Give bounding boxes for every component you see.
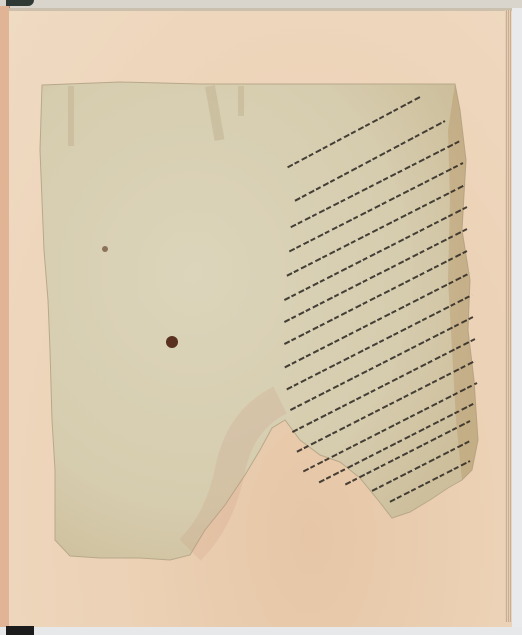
scan-bottom-border	[0, 627, 522, 635]
fragment-shape	[0, 0, 522, 635]
scan-corner-marker-bottom	[6, 626, 34, 635]
manuscript-fragment	[0, 0, 522, 635]
